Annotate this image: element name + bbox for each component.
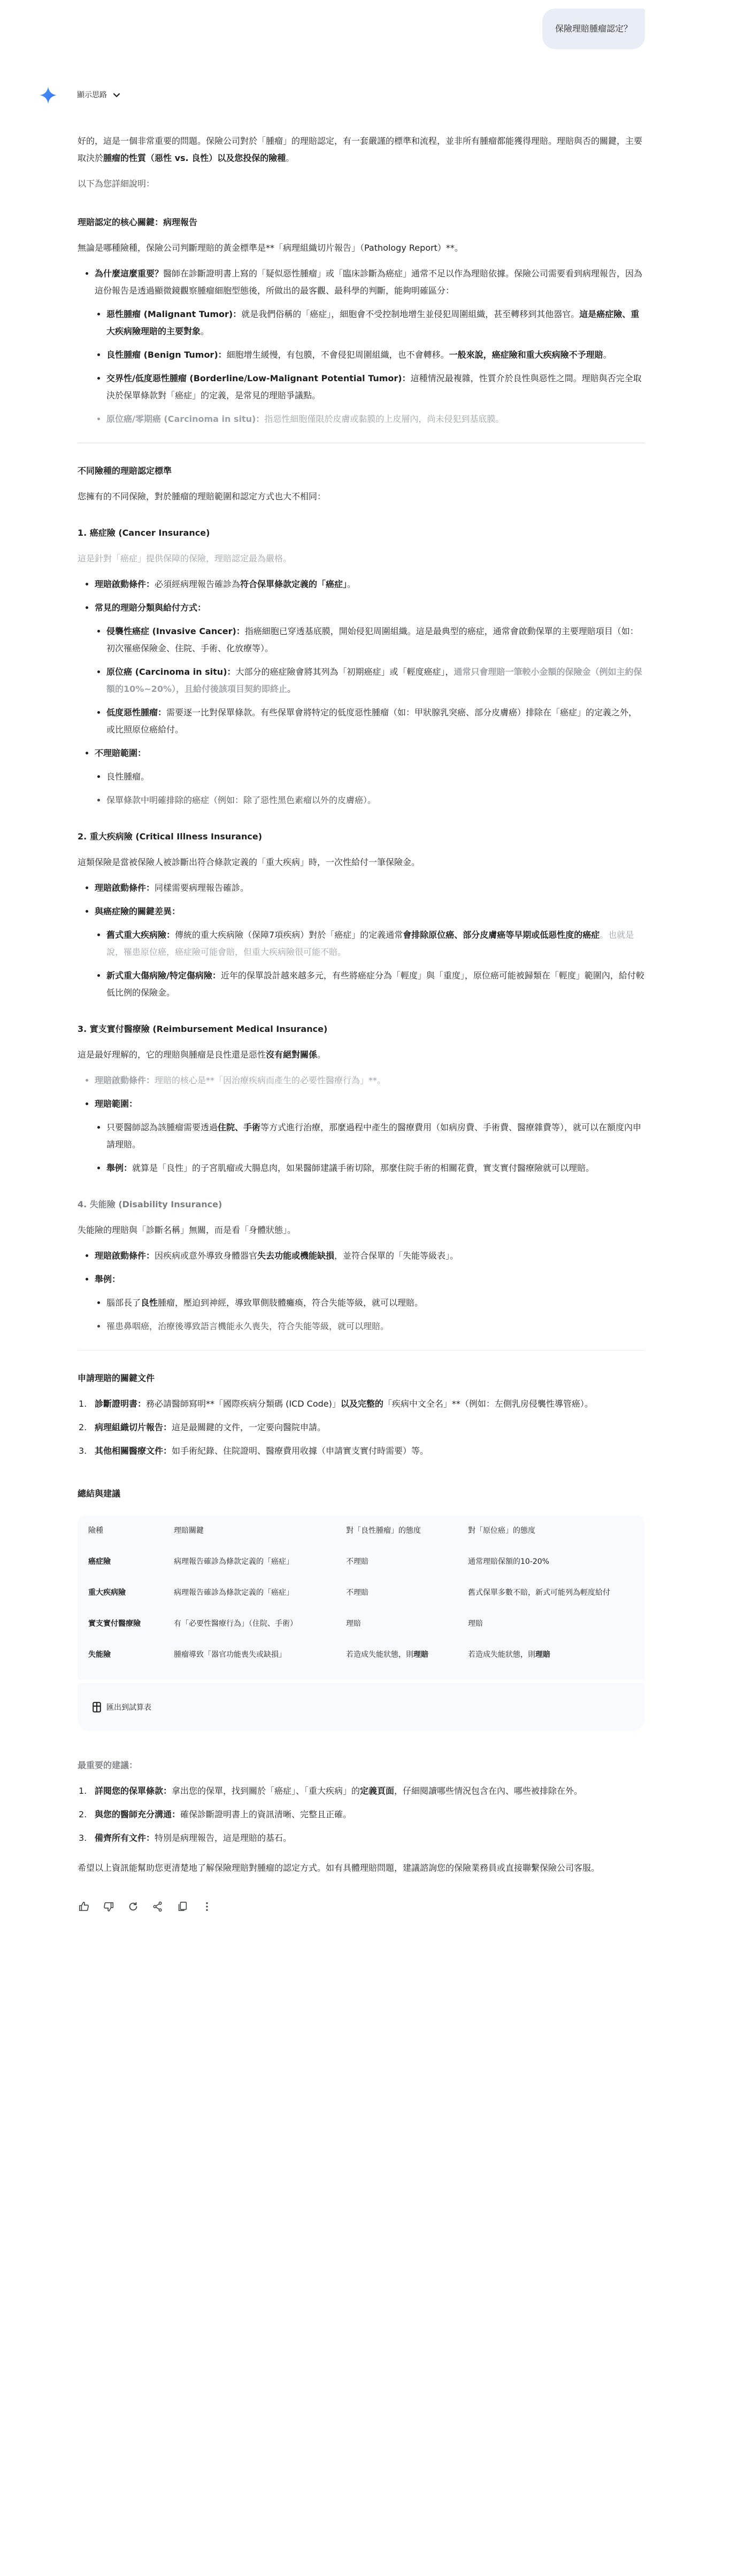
list-item: 理賠範圍： 只要醫師認為該腫瘤需要透過住院、手術等方式進行治療，那麼過程中產生的… (95, 1096, 645, 1177)
divider (78, 1350, 645, 1351)
table-header: 對「原位癌」的態度 (466, 1520, 636, 1547)
critical-illness-title: 2. 重大疾病險 (Critical Illness Insurance) (78, 828, 645, 845)
table-cell: 通常理賠保額的10-20% (466, 1547, 636, 1578)
divider (78, 443, 645, 443)
cancer-insurance-title: 1. 癌症險 (Cancer Insurance) (78, 525, 645, 542)
table-cell: 有「必要性醫療行為」（住院、手術） (172, 1609, 344, 1640)
thumbs-down-icon[interactable] (102, 1900, 115, 1913)
list-item: 低度惡性腫瘤：需要逐一比對保單條款。有些保單會將特定的低度惡性腫瘤（如：甲狀腺乳… (106, 704, 645, 738)
table-footer: 匯出到試算表 (78, 1683, 645, 1731)
summary-table-container: 險種 理賠關鍵 對「良性腫瘤」的態度 對「原位癌」的態度 癌症險 病理報告確診為… (78, 1515, 645, 1680)
disability-list: 理賠啟動條件：因疾病或意外導致身體器官失去功能或機能缺損，並符合保單的「失能等級… (78, 1247, 645, 1335)
thumbs-up-icon[interactable] (78, 1900, 90, 1913)
list-item-malignant: 惡性腫瘤 (Malignant Tumor)：就是我們俗稱的「癌症」，細胞會不受… (106, 306, 645, 340)
section-core-title: 理賠認定的核心關鍵：病理報告 (78, 214, 645, 231)
list-item-benign: 良性腫瘤 (Benign Tumor)：細胞增生緩慢，有包膜，不會侵犯周圍組織，… (106, 346, 645, 364)
table-header-row: 險種 理賠關鍵 對「良性腫瘤」的態度 對「原位癌」的態度 (86, 1520, 636, 1547)
list-item: 舉例：就算是「良性」的子宮肌瘤或大腸息肉，如果醫師建議手術切除，那麼住院手術的相… (106, 1160, 645, 1177)
export-label: 匯出到試算表 (106, 1702, 151, 1713)
copy-icon[interactable] (176, 1900, 189, 1913)
list-item: 診斷證明書：務必請醫師寫明**「國際疾病分類碼 (ICD Code)」以及完整的… (78, 1395, 645, 1413)
list-item-cis: 原位癌/零期癌 (Carcinoma in situ)：指惡性細胞僅限於皮膚或黏… (106, 411, 645, 428)
table-cell: 實支實付醫療險 (86, 1609, 172, 1640)
table-cell: 理賠 (344, 1609, 466, 1640)
section-types-intro: 您擁有的不同保險，對於腫瘤的理賠範圍和認定方式也大不相同： (78, 488, 645, 505)
response-header: 顯示思路 (39, 86, 121, 105)
user-message-row: 保險理賠腫瘤認定？ (0, 9, 645, 49)
section-docs-title: 申請理賠的關鍵文件 (78, 1370, 645, 1387)
intro-lead: 以下為您詳細說明： (78, 175, 645, 192)
list-item: 理賠啟動條件：同樣需要病理報告確診。 (95, 880, 645, 897)
disability-desc: 失能險的理賠與「診斷名稱」無關，而是看「身體狀態」。 (78, 1222, 645, 1239)
list-item: 侵襲性癌症 (Invasive Cancer)：指癌細胞已穿透基底膜，開始侵犯周… (106, 623, 645, 657)
table-row: 失能險 腫瘤導致「器官功能喪失或缺損」 若造成失能狀態，則理賠 若造成失能狀態，… (86, 1640, 636, 1671)
list-item: 備齊所有文件：特別是病理報告，這是理賠的基石。 (78, 1830, 645, 1847)
list-item: 病理組織切片報告：這是最關鍵的文件，一定要向醫院申請。 (78, 1419, 645, 1436)
more-options-icon[interactable] (201, 1900, 213, 1913)
cancer-insurance-desc: 這是針對「癌症」提供保障的保險，理賠認定最為嚴格。 (78, 550, 645, 567)
list-item: 理賠啟動條件：因疾病或意外導致身體器官失去功能或機能缺損，並符合保單的「失能等級… (95, 1247, 645, 1264)
show-thinking-button[interactable]: 顯示思路 (77, 87, 121, 104)
export-to-sheets-button[interactable]: 匯出到試算表 (93, 1702, 151, 1713)
table-cell: 重大疾病險 (86, 1578, 172, 1609)
advice-list: 詳閱您的保單條款：拿出您的保單，找到關於「癌症」、「重大疾病」的定義頁面，仔細閱… (78, 1783, 645, 1847)
critical-illness-desc: 這類保險是當被保險人被診斷出符合條款定義的「重大疾病」時，一次性給付一筆保險金。 (78, 854, 645, 871)
list-item: 理賠啟動條件：必須經病理報告確診為符合保單條款定義的「癌症」。 (95, 576, 645, 593)
section-types-title: 不同險種的理賠認定標準 (78, 462, 645, 480)
list-item: 詳閱您的保單條款：拿出您的保單，找到關於「癌症」、「重大疾病」的定義頁面，仔細閱… (78, 1783, 645, 1800)
table-cell: 若造成失能狀態，則理賠 (344, 1640, 466, 1671)
share-icon[interactable] (151, 1900, 164, 1913)
closing-paragraph: 希望以上資訊能幫助您更清楚地了解保險理賠對腫瘤的認定方式。如有具體理賠問題，建議… (78, 1860, 645, 1877)
table-cell: 不理賠 (344, 1547, 466, 1578)
list-item: 常見的理賠分類與給付方式： 侵襲性癌症 (Invasive Cancer)：指癌… (95, 599, 645, 738)
intro-paragraph: 好的，這是一個非常重要的問題。保險公司對於「腫瘤」的理賠認定，有一套嚴謹的標準和… (78, 133, 645, 167)
list-item-borderline: 交界性/低度惡性腫瘤 (Borderline/Low-Malignant Pot… (106, 370, 645, 404)
list-item: 保單條款中明確排除的癌症（例如：除了惡性黑色素瘤以外的皮膚癌）。 (106, 792, 645, 809)
cancer-list: 理賠啟動條件：必須經病理報告確診為符合保單條款定義的「癌症」。 常見的理賠分類與… (78, 576, 645, 809)
table-cell: 失能險 (86, 1640, 172, 1671)
list-item: 舉例： 腦部長了良性腫瘤，壓迫到神經，導致單側肢體癱瘓，符合失能等級，就可以理賠… (95, 1271, 645, 1335)
response-actions (78, 1898, 645, 1915)
table-row: 實支實付醫療險 有「必要性醫療行為」（住院、手術） 理賠 理賠 (86, 1609, 636, 1640)
gemini-sparkle-icon (39, 86, 58, 105)
table-cell: 病理報告確診為條款定義的「癌症」 (172, 1578, 344, 1609)
table-header: 對「良性腫瘤」的態度 (344, 1520, 466, 1547)
chevron-down-icon (112, 91, 121, 99)
list-item: 新式重大傷病險/特定傷病險：近年的保單設計越來越多元，有些將癌症分為「輕度」與「… (106, 967, 645, 1001)
table-cell: 不理賠 (344, 1578, 466, 1609)
advice-title: 最重要的建議： (78, 1757, 645, 1774)
list-item: 罹患鼻咽癌，治療後導致語言機能永久喪失，符合失能等級，就可以理賠。 (106, 1318, 645, 1335)
docs-list: 診斷證明書：務必請醫師寫明**「國際疾病分類碼 (ICD Code)」以及完整的… (78, 1395, 645, 1460)
table-cell: 理賠 (466, 1609, 636, 1640)
table-cell: 若造成失能狀態，則理賠 (466, 1640, 636, 1671)
table-grid-icon (93, 1702, 101, 1713)
list-item: 理賠啟動條件：理賠的核心是**「因治療疾病而產生的必要性醫療行為」**。 (95, 1072, 645, 1089)
summary-table: 險種 理賠關鍵 對「良性腫瘤」的態度 對「原位癌」的態度 癌症險 病理報告確診為… (86, 1520, 636, 1671)
list-item: 與您的醫師充分溝通：確保診斷證明書上的資訊清晰、完整且正確。 (78, 1806, 645, 1823)
response-content: 好的，這是一個非常重要的問題。保險公司對於「腫瘤」的理賠認定，有一套嚴謹的標準和… (78, 133, 645, 1915)
list-item: 舊式重大疾病險：傳統的重大疾病險（保障7項疾病）對於「癌症」的定義通常會排除原位… (106, 927, 645, 961)
list-item: 腦部長了良性腫瘤，壓迫到神經，導致單側肢體癱瘓，符合失能等級，就可以理賠。 (106, 1294, 645, 1312)
table-header: 理賠關鍵 (172, 1520, 344, 1547)
list-item: 與癌症險的關鍵差異： 舊式重大疾病險：傳統的重大疾病險（保障7項疾病）對於「癌症… (95, 903, 645, 1001)
table-cell: 腫瘤導致「器官功能喪失或缺損」 (172, 1640, 344, 1671)
reimbursement-desc: 這是最好理解的，它的理賠與腫瘤是良性還是惡性沒有絕對關係。 (78, 1046, 645, 1063)
list-item: 只要醫師認為該腫瘤需要透過住院、手術等方式進行治療，那麼過程中產生的醫療費用（如… (106, 1119, 645, 1153)
reimbursement-list: 理賠啟動條件：理賠的核心是**「因治療疾病而產生的必要性醫療行為」**。 理賠範… (78, 1072, 645, 1177)
disability-title: 4. 失能險 (Disability Insurance) (78, 1196, 645, 1213)
list-item: 良性腫瘤。 (106, 768, 645, 785)
table-row: 重大疾病險 病理報告確診為條款定義的「癌症」 不理賠 舊式保單多數不賠，新式可能… (86, 1578, 636, 1609)
list-item: 原位癌 (Carcinoma in situ)：大部分的癌症險會將其列為「初期癌… (106, 664, 645, 698)
user-message-bubble: 保險理賠腫瘤認定？ (542, 9, 645, 49)
section-summary-title: 總結與建議 (78, 1485, 645, 1502)
list-item: 不理賠範圍： 良性腫瘤。 保單條款中明確排除的癌症（例如：除了惡性黑色素瘤以外的… (95, 745, 645, 809)
table-row: 癌症險 病理報告確診為條款定義的「癌症」 不理賠 通常理賠保額的10-20% (86, 1547, 636, 1578)
regenerate-icon[interactable] (127, 1900, 140, 1913)
table-cell: 舊式保單多數不賠，新式可能列為輕度給付 (466, 1578, 636, 1609)
list-item: 其他相關醫療文件：如手術紀錄、住院證明、醫療費用收據（申請實支實付時需要）等。 (78, 1443, 645, 1460)
reimbursement-title: 3. 實支實付醫療險 (Reimbursement Medical Insura… (78, 1021, 645, 1038)
table-cell: 病理報告確診為條款定義的「癌症」 (172, 1547, 344, 1578)
section-core-p1: 無論是哪種險種，保險公司判斷理賠的黃金標準是**「病理組織切片報告」（Patho… (78, 240, 645, 257)
table-cell: 癌症險 (86, 1547, 172, 1578)
table-header: 險種 (86, 1520, 172, 1547)
critical-list: 理賠啟動條件：同樣需要病理報告確診。 與癌症險的關鍵差異： 舊式重大疾病險：傳統… (78, 880, 645, 1001)
list-item: 為什麼這麼重要？醫師在診斷證明書上寫的「疑似惡性腫瘤」或「臨床診斷為癌症」通常不… (95, 265, 645, 428)
core-list: 為什麼這麼重要？醫師在診斷證明書上寫的「疑似惡性腫瘤」或「臨床診斷為癌症」通常不… (78, 265, 645, 428)
show-thinking-label: 顯示思路 (77, 87, 107, 104)
